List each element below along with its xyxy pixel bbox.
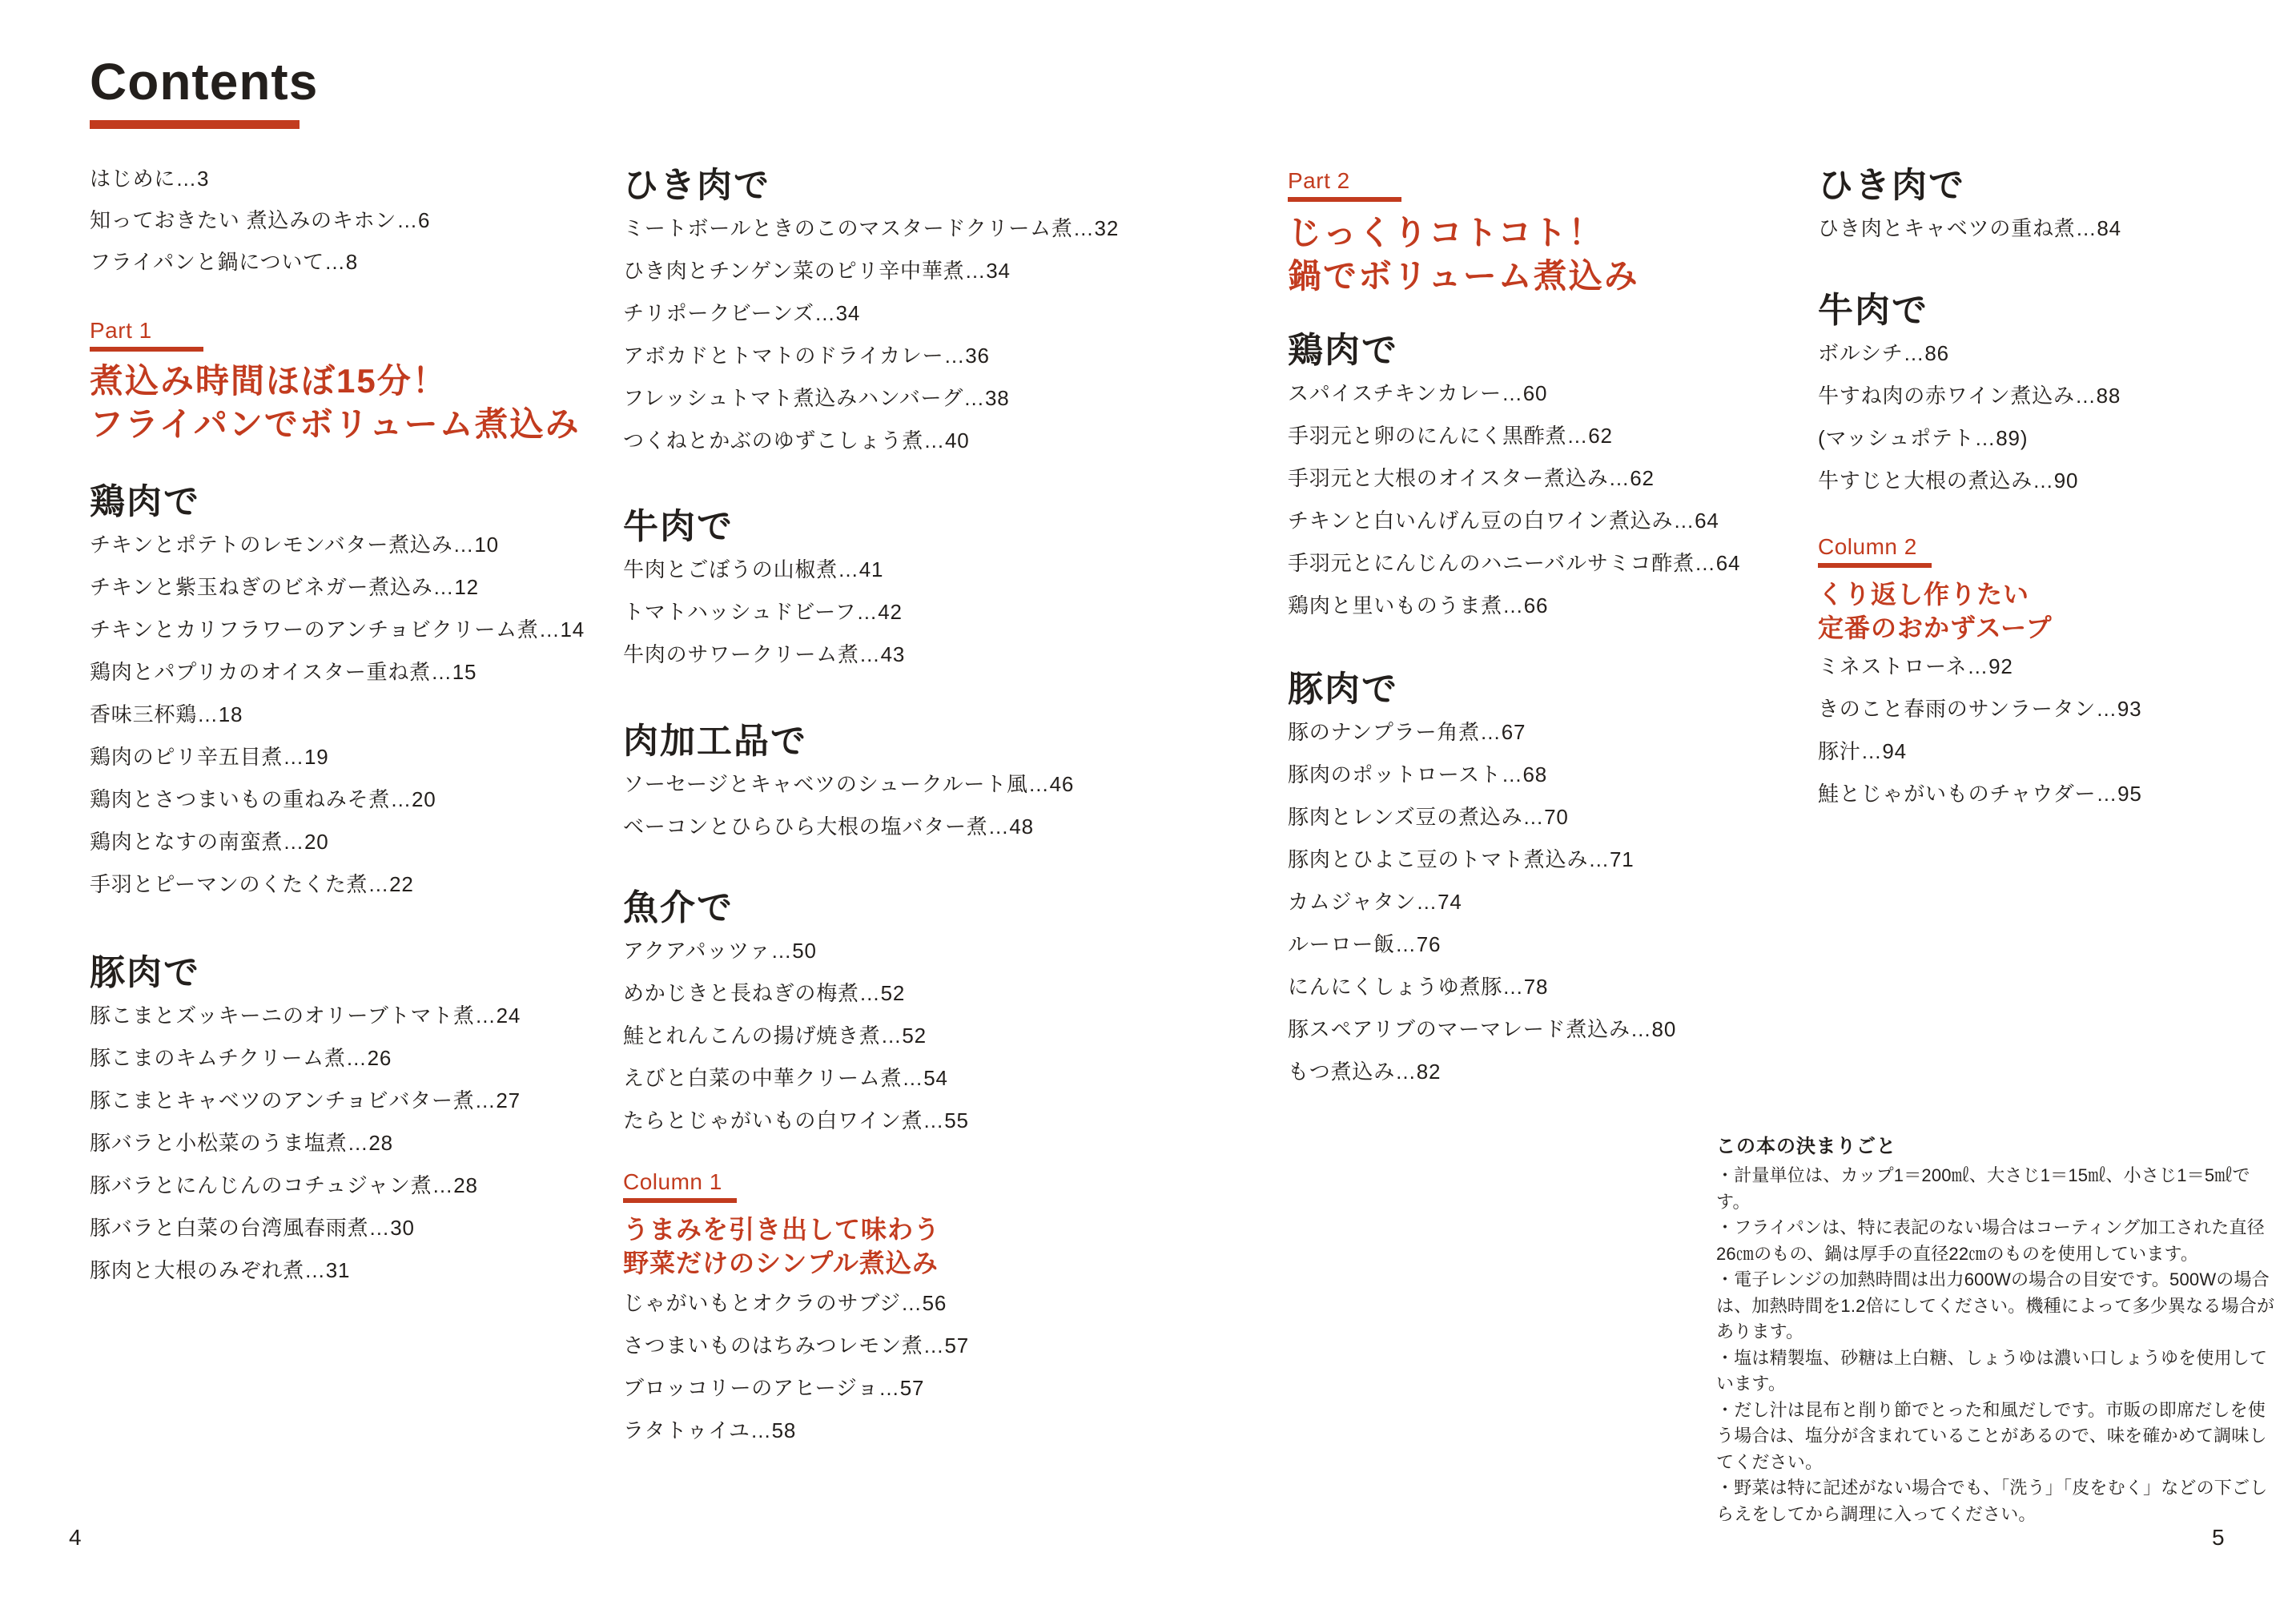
- rule-item: ・野菜は特に記述がない場合でも、「洗う」「皮をむく」などの下ごしらえをしてから調…: [1716, 1475, 2277, 1527]
- column2-title-line-2: 定番のおかずスープ: [1818, 611, 2290, 645]
- toc-item: 牛肉のサワークリーム煮…43: [623, 634, 1168, 676]
- toc-item: 豚バラと小松菜のうま塩煮…28: [90, 1122, 602, 1164]
- book-rules-box: この本の決まりごと ・計量単位は、カップ1＝200㎖、大さじ1＝15㎖、小さじ1…: [1716, 1137, 2277, 1527]
- right-page-column-2: ひき肉で ひき肉とキャベツの重ね煮…84 牛肉で ボルシチ…86牛すね肉の赤ワイ…: [1818, 0, 2290, 815]
- toc-item: 手羽元と卵のにんにく黒酢煮…62: [1288, 415, 1824, 457]
- part2-title-line-2: 鍋でボリューム煮込み: [1288, 255, 1824, 298]
- toc-item: 牛肉とごぼうの山椒煮…41: [623, 549, 1168, 591]
- part1-underline-rule: [90, 347, 203, 352]
- section-list-chicken: チキンとポテトのレモンバター煮込み…10チキンと紫玉ねぎのビネガー煮込み…12チ…: [90, 524, 602, 906]
- toc-item: 豚のナンプラー角煮…67: [1288, 711, 1824, 754]
- toc-item: フライパンと鍋について…8: [90, 241, 602, 283]
- rule-item: ・計量単位は、カップ1＝200㎖、大さじ1＝15㎖、小さじ1＝5㎖です。: [1716, 1163, 2277, 1215]
- section-list-ground-meat-2: ひき肉とキャベツの重ね煮…84: [1818, 207, 2290, 250]
- toc-item: 豚バラと白菜の台湾風春雨煮…30: [90, 1207, 602, 1249]
- toc-item: ブロッコリーのアヒージョ…57: [623, 1367, 1168, 1410]
- toc-item: 豚肉とひよこ豆のトマト煮込み…71: [1288, 839, 1824, 881]
- toc-item: 豚肉と大根のみぞれ煮…31: [90, 1249, 602, 1292]
- rule-item: ・塩は精製塩、砂糖は上白糖、しょうゆは濃い口しょうゆを使用しています。: [1716, 1345, 2277, 1398]
- column2-title: くり返し作りたい 定番のおかずスープ: [1818, 577, 2290, 645]
- toc-item: ベーコンとひらひら大根の塩バター煮…48: [623, 806, 1168, 848]
- part1-title: 煮込み時間ほぼ15分！ フライパンでボリューム煮込み: [90, 360, 602, 446]
- toc-item: チキンとカリフラワーのアンチョビクリーム煮…14: [90, 609, 602, 651]
- intro-list: はじめに…3知っておきたい 煮込みのキホン…6フライパンと鍋について…8: [90, 158, 602, 283]
- toc-item: 豚こまのキムチクリーム煮…26: [90, 1037, 602, 1080]
- toc-item: 豚スペアリブのマーマレード煮込み…80: [1288, 1008, 1824, 1051]
- page-title: Contents: [90, 56, 602, 107]
- section-list-beef-2: ボルシチ…86牛すね肉の赤ワイン煮込み…88(マッシュポテト…89)牛すじと大根…: [1818, 332, 2290, 502]
- toc-item: チキンとポテトのレモンバター煮込み…10: [90, 524, 602, 566]
- toc-item: きのこと春雨のサンラータン…93: [1818, 688, 2290, 730]
- section-list-processed-meat: ソーセージとキャベツのシュークルート風…46ベーコンとひらひら大根の塩バター煮……: [623, 763, 1168, 848]
- section-heading-processed-meat: 肉加工品で: [623, 724, 1168, 759]
- section-list-pork-2: 豚のナンプラー角煮…67豚肉のポットロースト…68豚肉とレンズ豆の煮込み…70豚…: [1288, 711, 1824, 1093]
- toc-item: えびと白菜の中華クリーム煮…54: [623, 1057, 1168, 1100]
- toc-item: スパイスチキンカレー…60: [1288, 372, 1824, 415]
- toc-item: チキンと白いんげん豆の白ワイン煮込み…64: [1288, 500, 1824, 542]
- toc-item: じゃがいもとオクラのサブジ…56: [623, 1282, 1168, 1325]
- section-heading-pork-2: 豚肉で: [1288, 672, 1824, 707]
- toc-item: もつ煮込み…82: [1288, 1051, 1824, 1093]
- toc-item: (マッシュポテト…89): [1818, 417, 2290, 460]
- toc-item: めかじきと長ねぎの梅煮…52: [623, 972, 1168, 1015]
- section-heading-ground-meat-2: ひき肉で: [1818, 168, 2290, 203]
- toc-item: 豚こまとキャベツのアンチョビバター煮…27: [90, 1080, 602, 1122]
- part2-title: じっくりコトコト！ 鍋でボリューム煮込み: [1288, 211, 1824, 298]
- section-heading-ground-meat: ひき肉で: [623, 168, 1168, 203]
- toc-item: カムジャタン…74: [1288, 881, 1824, 923]
- toc-item: 香味三杯鶏…18: [90, 694, 602, 736]
- section-heading-chicken: 鶏肉で: [90, 485, 602, 520]
- column1-list: じゃがいもとオクラのサブジ…56さつまいものはちみつレモン煮…57ブロッコリーの…: [623, 1282, 1168, 1452]
- page-number-right: 5: [2212, 1526, 2225, 1549]
- book-rules-list: ・計量単位は、カップ1＝200㎖、大さじ1＝15㎖、小さじ1＝5㎖です。・フライ…: [1716, 1163, 2277, 1527]
- part1-title-line-2: フライパンでボリューム煮込み: [90, 403, 602, 446]
- column2-underline-rule: [1818, 563, 1932, 568]
- section-list-chicken-2: スパイスチキンカレー…60手羽元と卵のにんにく黒酢煮…62手羽元と大根のオイスタ…: [1288, 372, 1824, 627]
- toc-item: ミートボールときのこのマスタードクリーム煮…32: [623, 207, 1168, 250]
- section-list-pork: 豚こまとズッキーニのオリーブトマト煮…24豚こまのキムチクリーム煮…26豚こまと…: [90, 995, 602, 1292]
- part2-label: Part 2: [1288, 170, 1824, 192]
- rule-item: ・だし汁は昆布と削り節でとった和風だしです。市販の即席だしを使う場合は、塩分が含…: [1716, 1398, 2277, 1476]
- section-heading-beef: 牛肉で: [623, 509, 1168, 545]
- left-page-column-2: ひき肉で ミートボールときのこのマスタードクリーム煮…32ひき肉とチンゲン菜のピ…: [623, 0, 1168, 1452]
- section-list-seafood: アクアパッツァ…50めかじきと長ねぎの梅煮…52鮭とれんこんの揚げ焼き煮…52え…: [623, 930, 1168, 1142]
- column2-label: Column 2: [1818, 536, 2290, 558]
- toc-item: 知っておきたい 煮込みのキホン…6: [90, 199, 602, 241]
- toc-item: ソーセージとキャベツのシュークルート風…46: [623, 763, 1168, 806]
- toc-item: ひき肉とチンゲン菜のピリ辛中華煮…34: [623, 250, 1168, 292]
- toc-item: 豚肉のポットロースト…68: [1288, 754, 1824, 796]
- section-heading-seafood: 魚介で: [623, 891, 1168, 926]
- toc-item: つくねとかぶのゆずこしょう煮…40: [623, 420, 1168, 462]
- toc-item: 鮭とじゃがいものチャウダー…95: [1818, 773, 2290, 815]
- part2-title-line-1: じっくりコトコト！: [1288, 211, 1824, 255]
- toc-item: 手羽とピーマンのくたくた煮…22: [90, 863, 602, 906]
- toc-item: 豚汁…94: [1818, 730, 2290, 773]
- title-underline-rule: [90, 120, 300, 129]
- toc-item: チキンと紫玉ねぎのビネガー煮込み…12: [90, 566, 602, 609]
- toc-item: ひき肉とキャベツの重ね煮…84: [1818, 207, 2290, 250]
- column1-label: Column 1: [623, 1171, 1168, 1193]
- section-heading-chicken-2: 鶏肉で: [1288, 333, 1824, 368]
- section-heading-beef-2: 牛肉で: [1818, 293, 2290, 328]
- toc-item: ボルシチ…86: [1818, 332, 2290, 375]
- toc-item: 手羽元とにんじんのハニーバルサミコ酢煮…64: [1288, 542, 1824, 585]
- toc-item: 鮭とれんこんの揚げ焼き煮…52: [623, 1015, 1168, 1057]
- column2-title-line-1: くり返し作りたい: [1818, 577, 2290, 611]
- page-number-left: 4: [69, 1526, 82, 1549]
- toc-item: たらとじゃがいもの白ワイン煮…55: [623, 1100, 1168, 1142]
- toc-item: フレッシュトマト煮込みハンバーグ…38: [623, 377, 1168, 420]
- toc-item: ラタトゥイユ…58: [623, 1410, 1168, 1452]
- part1-title-line-1: 煮込み時間ほぼ15分！: [90, 360, 602, 403]
- toc-item: にんにくしょうゆ煮豚…78: [1288, 966, 1824, 1008]
- column1-title-line-1: うまみを引き出して味わう: [623, 1213, 1168, 1246]
- toc-item: さつまいものはちみつレモン煮…57: [623, 1325, 1168, 1367]
- toc-item: 鶏肉となすの南蛮煮…20: [90, 821, 602, 863]
- toc-item: アクアパッツァ…50: [623, 930, 1168, 972]
- section-list-ground-meat: ミートボールときのこのマスタードクリーム煮…32ひき肉とチンゲン菜のピリ辛中華煮…: [623, 207, 1168, 462]
- toc-item: 鶏肉と里いものうま煮…66: [1288, 585, 1824, 627]
- toc-item: 鶏肉のピリ辛五目煮…19: [90, 736, 602, 778]
- column1-underline-rule: [623, 1198, 737, 1203]
- column1-title-line-2: 野菜だけのシンプル煮込み: [623, 1246, 1168, 1280]
- part2-underline-rule: [1288, 197, 1401, 202]
- rule-item: ・電子レンジの加熱時間は出力600Wの場合の目安です。500Wの場合は、加熱時間…: [1716, 1267, 2277, 1345]
- book-rules-heading: この本の決まりごと: [1716, 1137, 2277, 1156]
- right-page-column-1: Part 2 じっくりコトコト！ 鍋でボリューム煮込み 鶏肉で スパイスチキンカ…: [1288, 0, 1824, 1093]
- toc-item: アボカドとトマトのドライカレー…36: [623, 335, 1168, 377]
- section-heading-pork: 豚肉で: [90, 955, 602, 991]
- toc-item: 牛すじと大根の煮込み…90: [1818, 460, 2290, 502]
- rule-item: ・フライパンは、特に表記のない場合はコーティング加工された直径26㎝のもの、鍋は…: [1716, 1215, 2277, 1267]
- toc-item: はじめに…3: [90, 158, 602, 199]
- toc-item: 牛すね肉の赤ワイン煮込み…88: [1818, 375, 2290, 417]
- left-page-column-1: Contents はじめに…3知っておきたい 煮込みのキホン…6フライパンと鍋に…: [90, 0, 602, 1292]
- toc-item: ミネストローネ…92: [1818, 646, 2290, 688]
- toc-item: 豚バラとにんじんのコチュジャン煮…28: [90, 1164, 602, 1207]
- section-list-beef: 牛肉とごぼうの山椒煮…41トマトハッシュドビーフ…42牛肉のサワークリーム煮…4…: [623, 549, 1168, 676]
- part1-label: Part 1: [90, 320, 602, 342]
- toc-item: 鶏肉とパプリカのオイスター重ね煮…15: [90, 651, 602, 694]
- toc-item: 豚こまとズッキーニのオリーブトマト煮…24: [90, 995, 602, 1037]
- toc-item: 豚肉とレンズ豆の煮込み…70: [1288, 796, 1824, 839]
- toc-item: チリポークビーンズ…34: [623, 292, 1168, 335]
- toc-item: ルーロー飯…76: [1288, 923, 1824, 966]
- toc-item: 手羽元と大根のオイスター煮込み…62: [1288, 457, 1824, 500]
- column2-list: ミネストローネ…92きのこと春雨のサンラータン…93豚汁…94鮭とじゃがいものチ…: [1818, 646, 2290, 815]
- column1-title: うまみを引き出して味わう 野菜だけのシンプル煮込み: [623, 1213, 1168, 1280]
- toc-item: トマトハッシュドビーフ…42: [623, 591, 1168, 634]
- toc-item: 鶏肉とさつまいもの重ねみそ煮…20: [90, 778, 602, 821]
